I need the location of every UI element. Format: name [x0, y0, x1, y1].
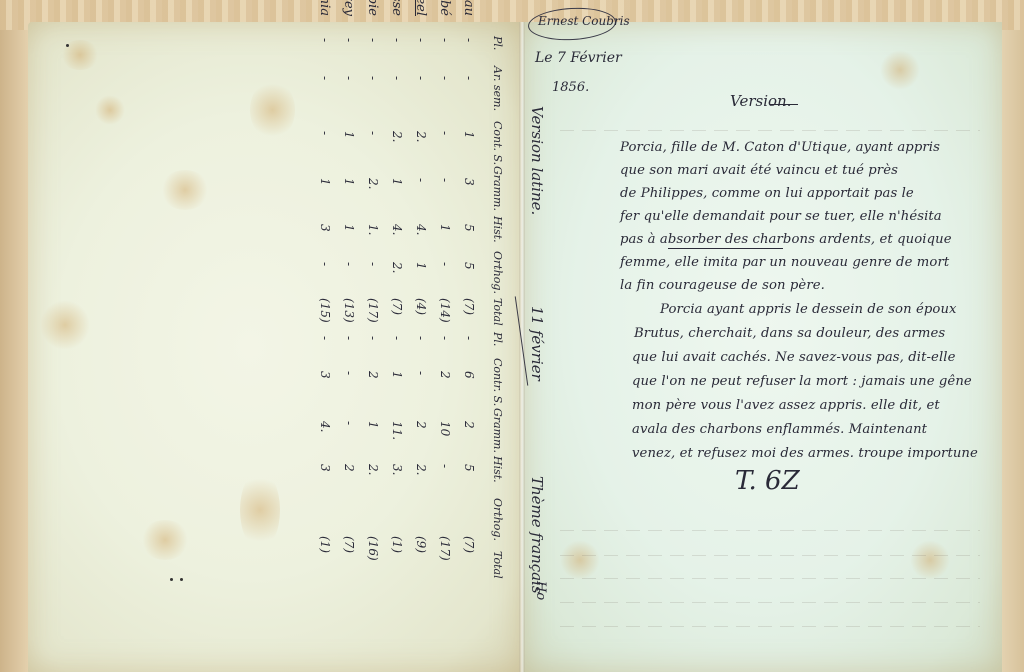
- cell: (7): [390, 298, 404, 315]
- text-line: Porcia, fille de M. Caton d'Utique, ayan…: [620, 140, 940, 155]
- text-line: avala des charbons enflammés. Maintenant: [632, 422, 927, 437]
- paraph-mark: T. 6Z: [735, 466, 800, 496]
- foxing-stain: [910, 540, 950, 580]
- cell: 10: [438, 421, 452, 436]
- cell: -: [414, 76, 428, 80]
- cell: -: [438, 38, 452, 42]
- foxing-stain: [40, 300, 90, 350]
- cell: -: [318, 131, 332, 135]
- bleed-through-line: [560, 530, 980, 531]
- cell: (7): [462, 536, 476, 553]
- table-row: Aubé - - - - 1 - (14) - 2 10 - (17): [428, 36, 452, 596]
- cell: 1: [414, 262, 428, 270]
- bleed-through-line: [560, 555, 980, 556]
- cell: 2.: [414, 131, 428, 142]
- column-header: Total: [491, 298, 504, 326]
- foxing-stain: [140, 520, 190, 560]
- cell: -: [318, 262, 332, 266]
- cell: (1): [390, 536, 404, 553]
- cell: -: [318, 76, 332, 80]
- cell: 1: [318, 178, 332, 186]
- table-header: Pl. Ar. sem. Cont. S. Gramm. Hist. Ortho…: [482, 36, 504, 596]
- cell: 6: [462, 371, 476, 379]
- cell: 3: [462, 178, 476, 186]
- cell: 3: [318, 464, 332, 472]
- cell: 2.: [390, 262, 404, 273]
- foxing-stain: [160, 170, 210, 210]
- cell: -: [390, 76, 404, 80]
- cell: 3: [318, 371, 332, 379]
- cell: -: [366, 336, 380, 340]
- cell: 1: [390, 178, 404, 186]
- cell: 5: [462, 464, 476, 472]
- cell: -: [438, 178, 452, 182]
- student-name: Crozey: [341, 0, 356, 16]
- bleed-through-line: [560, 626, 980, 627]
- cell: 1: [462, 131, 476, 139]
- column-header: Hist.: [491, 456, 504, 483]
- cell: 2.: [366, 464, 380, 475]
- table-title-theme: Thème français: [528, 476, 546, 594]
- bleed-through-line: [560, 130, 980, 131]
- student-name: Bulteel: [413, 0, 428, 16]
- cell: 1: [390, 371, 404, 379]
- foxing-stain: [95, 95, 125, 125]
- text-line: femme, elle imita par un nouveau genre d…: [620, 255, 949, 270]
- table-row: Augereau - - 1 3 5 5 (7) - 6 2 5 (7): [452, 36, 476, 596]
- date-line: Le 7 Février: [535, 50, 622, 66]
- cell: 2.: [390, 131, 404, 142]
- text-line: de Philippes, comme on lui apportait pas…: [620, 186, 914, 201]
- cell: 1: [342, 131, 356, 139]
- cell: 2.: [366, 178, 380, 189]
- cell: (13): [342, 298, 356, 323]
- column-header: Hist.: [491, 216, 504, 243]
- cell: 5: [462, 224, 476, 232]
- cell: -: [366, 76, 380, 80]
- cell: 5: [462, 262, 476, 270]
- cell: -: [342, 336, 356, 340]
- text-line: Brutus, cherchait, dans sa douleur, des …: [634, 326, 945, 341]
- cell: 2: [462, 421, 476, 429]
- cell: 1: [342, 178, 356, 186]
- text-line: pas à absorber des charbons ardents, et …: [620, 232, 952, 247]
- cell: (17): [366, 298, 380, 323]
- column-header: Contr. S.: [491, 358, 504, 406]
- table-title-date: 11 février: [528, 306, 546, 381]
- cell: (7): [342, 536, 356, 553]
- column-header: Gramm.: [491, 166, 504, 211]
- table-row: Chartrousse - - 2. 1 4. 2. (7) - 1 11. 3…: [380, 36, 404, 596]
- column-header: Total: [491, 551, 504, 579]
- foxing-stain: [560, 540, 600, 580]
- foxing-stain: [240, 470, 280, 550]
- cell: -: [366, 38, 380, 42]
- cell: -: [438, 336, 452, 340]
- text-line: fer qu'elle demandait pour se tuer, elle…: [620, 209, 942, 224]
- cell: 4.: [414, 224, 428, 235]
- cell: 1: [438, 224, 452, 232]
- cell: -: [342, 76, 356, 80]
- cell: (1): [318, 536, 332, 553]
- cell: 2: [366, 371, 380, 379]
- cell: -: [342, 38, 356, 42]
- table-row: Bulteel - - 2. - 4. 1 (4) - - 2 2. (9): [404, 36, 428, 596]
- ink-speck: [180, 578, 183, 581]
- cell: (15): [318, 298, 332, 323]
- text-line: la fin courageuse de son père.: [620, 278, 825, 293]
- student-name: Cassamia: [317, 0, 332, 16]
- cell: -: [366, 262, 380, 266]
- cell: -: [438, 131, 452, 135]
- cell: -: [438, 464, 452, 468]
- cell: (7): [462, 298, 476, 315]
- table-titles: Version latine. 11 février Thème françai…: [508, 36, 548, 596]
- cell: -: [318, 38, 332, 42]
- cell: -: [414, 178, 428, 182]
- cell: -: [318, 336, 332, 340]
- cell: (4): [414, 298, 428, 315]
- table-row: Cassamia - - - 1 3 - (15) - 3 4. 3 (1): [308, 36, 332, 596]
- cell: 3: [318, 224, 332, 232]
- cell: -: [462, 76, 476, 80]
- cell: 1: [366, 421, 380, 429]
- document-title: Version.: [730, 92, 791, 110]
- cell: 2: [414, 421, 428, 429]
- cell: -: [390, 38, 404, 42]
- ink-speck: [170, 578, 173, 581]
- cell: -: [414, 336, 428, 340]
- text-line: venez, et refusez moi des armes. troupe …: [632, 446, 978, 461]
- foxing-stain: [880, 50, 920, 90]
- cell: 3.: [390, 464, 404, 475]
- text-line: mon père vous l'avez assez appris. elle …: [632, 398, 940, 413]
- text-line: que lui avait cachés. Ne savez-vous pas,…: [632, 350, 956, 365]
- table-corner-mark: Ho: [533, 581, 548, 600]
- column-header: Gramm.: [491, 408, 504, 453]
- student-name: Aubé: [437, 0, 452, 16]
- text-line: que son mari avait été vaincu et tué prè…: [620, 163, 898, 178]
- bleed-through-line: [560, 578, 980, 579]
- cell: -: [438, 262, 452, 266]
- table-row: Corbie - - - 2. 1. - (17) - 2 1 2. (16): [356, 36, 380, 596]
- student-name: Corbie: [365, 0, 380, 16]
- cell: -: [414, 38, 428, 42]
- year-line: 1856.: [552, 80, 589, 95]
- cell: -: [390, 336, 404, 340]
- column-header: Ar. sem.: [491, 66, 504, 111]
- ink-speck: [66, 44, 69, 47]
- grades-table: Version latine. 11 février Thème françai…: [318, 36, 548, 596]
- cell: 4.: [318, 421, 332, 432]
- cell: 2.: [414, 464, 428, 475]
- cell: (14): [438, 298, 452, 323]
- cell: -: [366, 131, 380, 135]
- column-header: Cont. S.: [491, 121, 504, 165]
- table-title-version: Version latine.: [528, 106, 546, 215]
- cell: 2: [342, 464, 356, 472]
- bleed-through-line: [560, 602, 980, 603]
- cell: (9): [414, 536, 428, 553]
- signature: Ernest Coubris: [538, 14, 630, 28]
- underline-absorber: [668, 248, 783, 249]
- cell: 1.: [366, 224, 380, 235]
- cell: -: [462, 336, 476, 340]
- cell: 11.: [390, 421, 404, 440]
- column-header: Orthog.: [491, 251, 504, 294]
- cell: 1: [342, 224, 356, 232]
- table-row: Crozey - - 1 1 1 - (13) - - - 2 (7): [332, 36, 356, 596]
- cell: 2: [438, 371, 452, 379]
- cell: -: [414, 371, 428, 375]
- text-line: que l'on ne peut refuser la mort : jamai…: [632, 374, 972, 389]
- date-underline: [515, 296, 529, 385]
- cell: -: [342, 262, 356, 266]
- column-header: Orthog.: [491, 498, 504, 541]
- cell: -: [462, 38, 476, 42]
- foxing-stain: [250, 80, 295, 140]
- cell: (17): [438, 536, 452, 561]
- cell: (16): [366, 536, 380, 561]
- column-header: Pl.: [491, 36, 504, 50]
- column-header: Pl.: [491, 332, 504, 346]
- student-name: Chartrousse: [389, 0, 404, 16]
- student-name: Augereau: [461, 0, 476, 16]
- cell: -: [342, 421, 356, 425]
- cell: -: [438, 76, 452, 80]
- cell: 4.: [390, 224, 404, 235]
- text-line: Porcia ayant appris le dessein de son ép…: [660, 302, 957, 317]
- cell: -: [342, 371, 356, 375]
